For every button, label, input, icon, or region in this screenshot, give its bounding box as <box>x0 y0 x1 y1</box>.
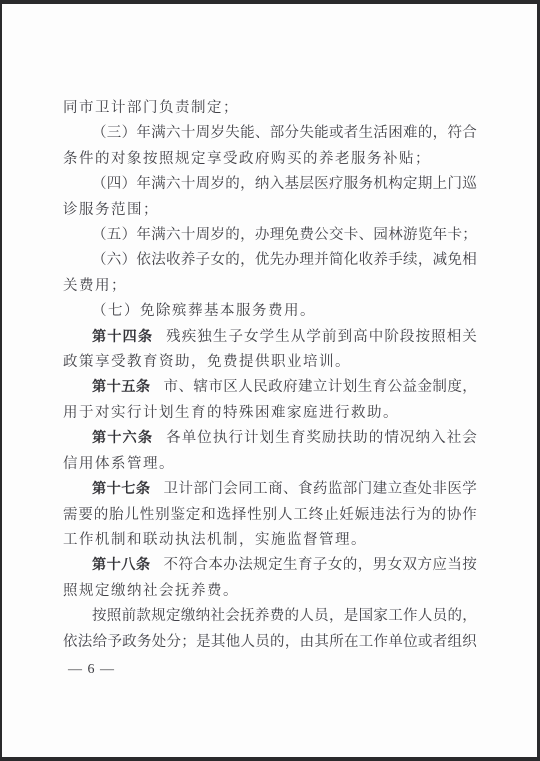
line-text: 按照前款规定缴纳社会抚养费的人员，是国家工作人员的， <box>92 608 477 624</box>
line-text: （四）年满六十周岁的，纳入基层医疗服务机构定期上门巡 <box>92 176 477 192</box>
text-line: 信用体系管理。 <box>63 452 477 477</box>
line-text: 条件的对象按照规定享受政府购买的养老服务补贴； <box>63 151 431 167</box>
line-text: 照规定缴纳社会抚养费。 <box>63 583 239 599</box>
text-line: 诊服务范围； <box>63 198 477 223</box>
article-number: 第十四条 <box>92 329 153 345</box>
line-text: 各单位执行计划生育奖励扶助的情况纳入社会 <box>166 430 477 446</box>
line-text: （五）年满六十周岁的，办理免费公交卡、园林游览年卡； <box>92 227 477 243</box>
line-text: 依法给予政务处分；是其他人员的，由其所在工作单位或者组织 <box>63 634 477 650</box>
scanned-document-page: 同市卫计部门负责制定；（三）年满六十周岁失能、部分失能或者生活困难的，符合条件的… <box>0 0 540 761</box>
article-number: 第十八条 <box>92 557 151 573</box>
line-text: 需要的胎儿性别鉴定和选择性别人工终止妊娠违法行为的协作 <box>63 507 477 523</box>
text-line: （四）年满六十周岁的，纳入基层医疗服务机构定期上门巡 <box>63 172 477 197</box>
text-line: 工作机制和联动执法机制，实施监督管理。 <box>63 528 477 553</box>
text-line: （七）免除殡葬基本服务费用。 <box>63 299 477 324</box>
line-text: （三）年满六十周岁失能、部分失能或者生活困难的，符合 <box>92 125 477 141</box>
line-text: 工作机制和联动执法机制，实施监督管理。 <box>63 532 367 548</box>
line-text: 政策享受教育资助，免费提供职业培训。 <box>63 354 351 370</box>
page-number: — 6 — <box>63 662 478 678</box>
line-text: 诊服务范围； <box>63 202 159 218</box>
line-text: 同市卫计部门负责制定； <box>63 100 239 116</box>
article-line: 第十五条市、辖市区人民政府建立计划生育公益金制度， <box>63 375 477 400</box>
line-text: 残疾独生子女学生从学前到高中阶段按照相关 <box>166 329 477 345</box>
text-line: 条件的对象按照规定享受政府购买的养老服务补贴； <box>63 147 477 172</box>
document-body: 同市卫计部门负责制定；（三）年满六十周岁失能、部分失能或者生活困难的，符合条件的… <box>63 96 477 655</box>
article-line: 第十七条卫计部门会同工商、食药监部门建立查处非医学 <box>63 477 477 502</box>
line-text: （七）免除殡葬基本服务费用。 <box>92 303 316 319</box>
article-number: 第十七条 <box>92 481 151 497</box>
line-text: （六）依法收养子女的，优先办理并简化收养手续，减免相 <box>92 252 477 268</box>
line-text: 关费用； <box>63 278 127 294</box>
text-line: 照规定缴纳社会抚养费。 <box>63 579 477 604</box>
article-line: 第十八条不符合本办法规定生育子女的，男女双方应当按 <box>63 553 477 578</box>
text-line: （五）年满六十周岁的，办理免费公交卡、园林游览年卡； <box>63 223 477 248</box>
text-line: 按照前款规定缴纳社会抚养费的人员，是国家工作人员的， <box>63 604 477 629</box>
article-number: 第十五条 <box>92 379 151 395</box>
text-line: 依法给予政务处分；是其他人员的，由其所在工作单位或者组织 <box>63 630 477 655</box>
text-line: 用于对实行计划生育的特殊困难家庭进行救助。 <box>63 401 477 426</box>
line-text: 用于对实行计划生育的特殊困难家庭进行救助。 <box>63 405 399 421</box>
text-line: （六）依法收养子女的，优先办理并简化收养手续，减免相 <box>63 248 477 273</box>
text-line: 需要的胎儿性别鉴定和选择性别人工终止妊娠违法行为的协作 <box>63 503 477 528</box>
line-text: 信用体系管理。 <box>63 456 175 472</box>
text-line: 政策享受教育资助，免费提供职业培训。 <box>63 350 477 375</box>
article-line: 第十四条残疾独生子女学生从学前到高中阶段按照相关 <box>63 325 477 350</box>
text-line: 关费用； <box>63 274 477 299</box>
text-line: （三）年满六十周岁失能、部分失能或者生活困难的，符合 <box>63 121 477 146</box>
line-text: 不符合本办法规定生育子女的，男女双方应当按 <box>164 557 477 573</box>
line-text: 卫计部门会同工商、食药监部门建立查处非医学 <box>164 481 477 497</box>
text-line: 同市卫计部门负责制定； <box>63 96 477 121</box>
article-line: 第十六条各单位执行计划生育奖励扶助的情况纳入社会 <box>63 426 477 451</box>
article-number: 第十六条 <box>92 430 153 446</box>
line-text: 市、辖市区人民政府建立计划生育公益金制度， <box>164 379 477 395</box>
